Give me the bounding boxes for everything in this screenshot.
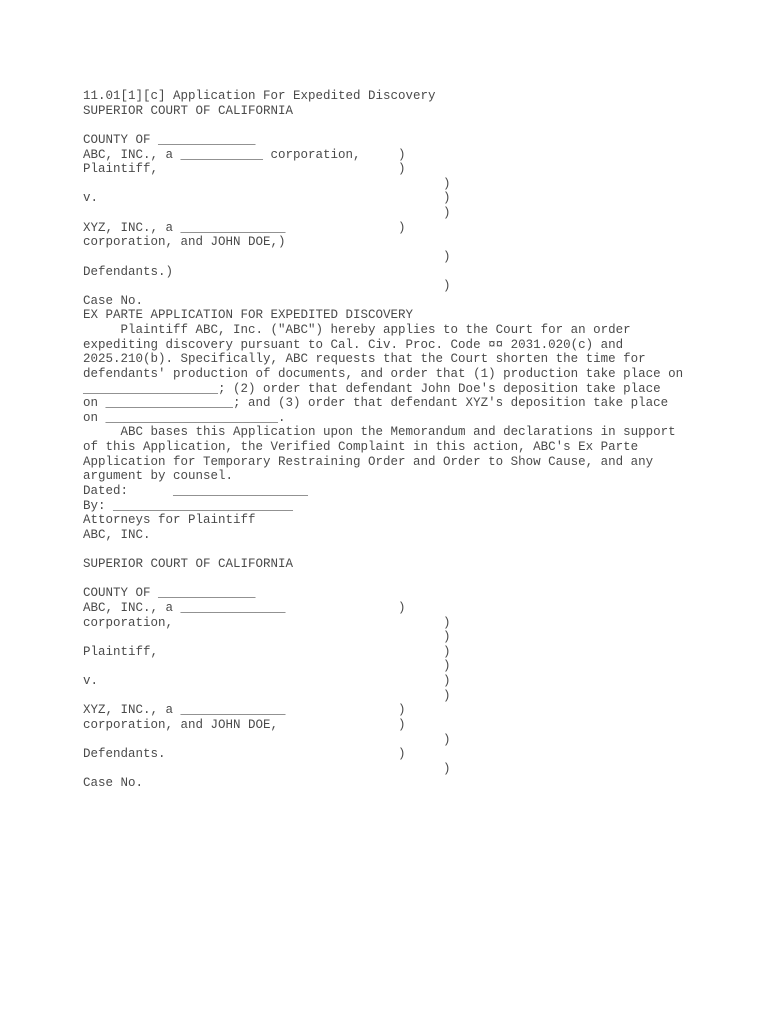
legal-document: 11.01[1][c] Application For Expedited Di… xyxy=(83,89,743,791)
case-number-1: Case No. xyxy=(83,294,743,309)
court-heading-2: SUPERIOR COURT OF CALIFORNIA COUNTY OF _… xyxy=(83,557,743,601)
ex-parte-heading: EX PARTE APPLICATION FOR EXPEDITED DISCO… xyxy=(83,308,743,323)
application-body: Plaintiff ABC, Inc. ("ABC") hereby appli… xyxy=(83,323,743,557)
document-page: 11.01[1][c] Application For Expedited Di… xyxy=(0,0,770,1024)
court-heading-1: SUPERIOR COURT OF CALIFORNIA COUNTY OF _… xyxy=(83,104,743,148)
document-title: 11.01[1][c] Application For Expedited Di… xyxy=(83,89,743,104)
case-caption-1: ABC, INC., a ___________ corporation, ) … xyxy=(83,148,743,294)
case-caption-2: ABC, INC., a ______________ ) corporatio… xyxy=(83,601,743,777)
case-number-2: Case No. xyxy=(83,776,743,791)
